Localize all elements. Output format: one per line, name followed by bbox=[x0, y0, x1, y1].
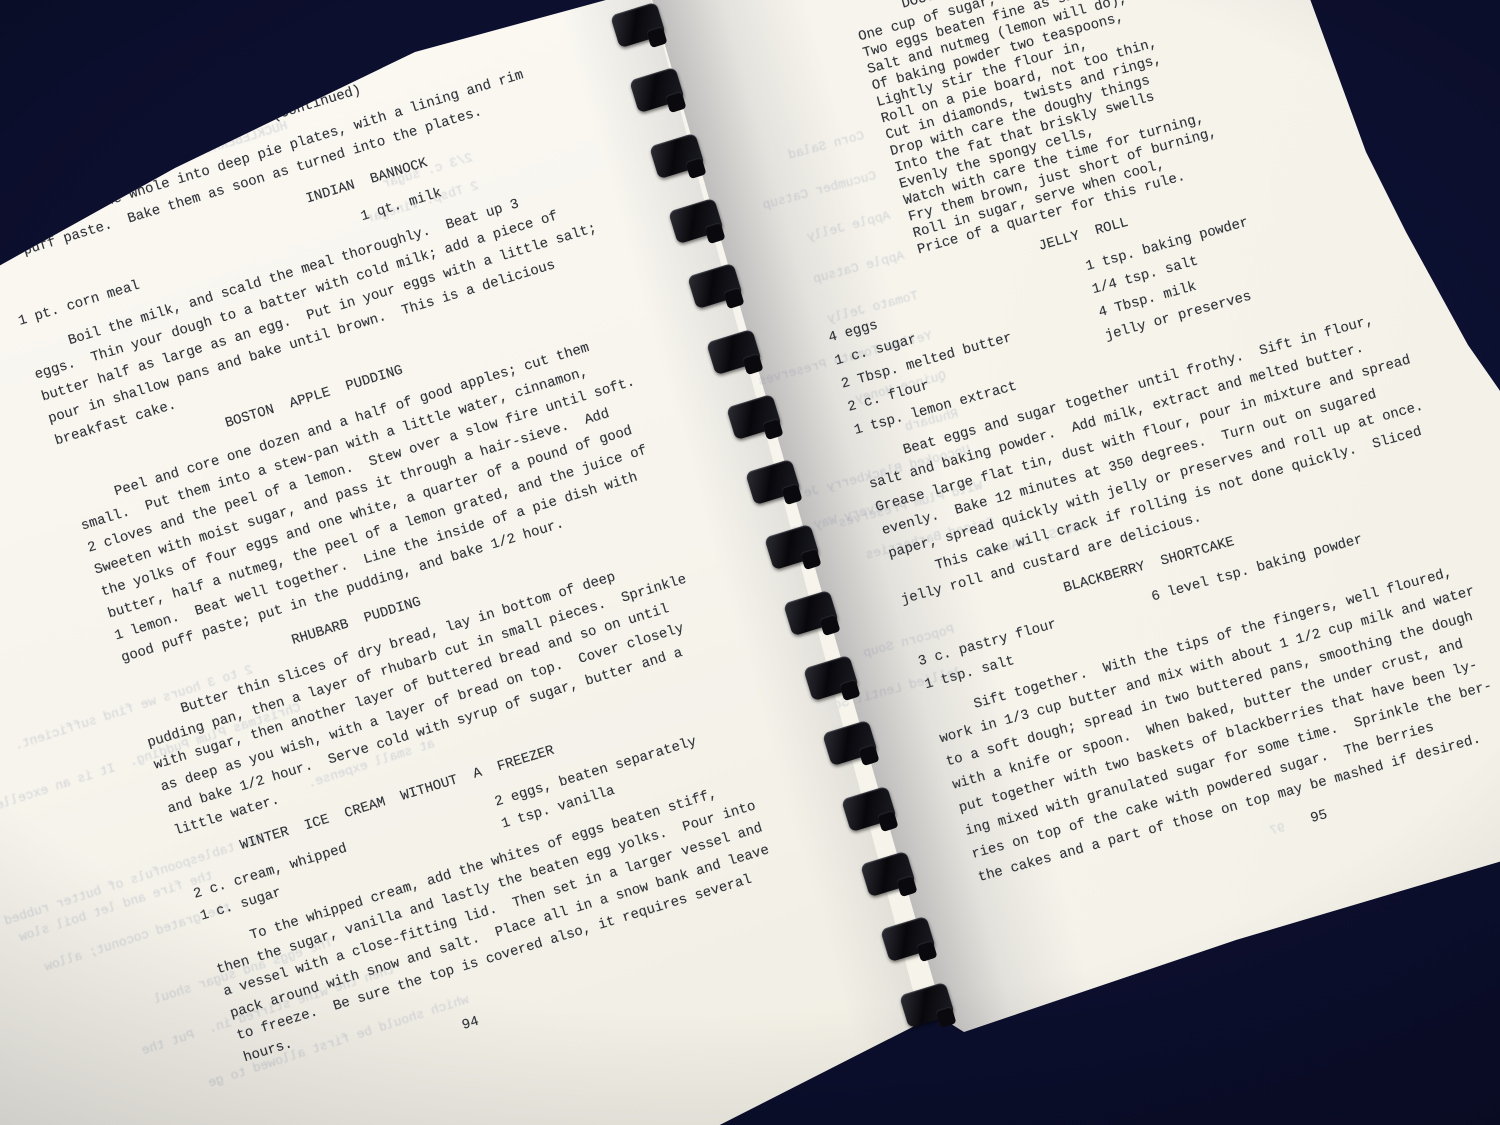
right-page-text: DOUGHNUTS One cup of sugar, one of milk,… bbox=[745, 0, 1500, 921]
cookbook-photo-scene: HUCKLEBERRY PIE2/3 c. sugar2 Tbsp. vineg… bbox=[0, 0, 1500, 1125]
